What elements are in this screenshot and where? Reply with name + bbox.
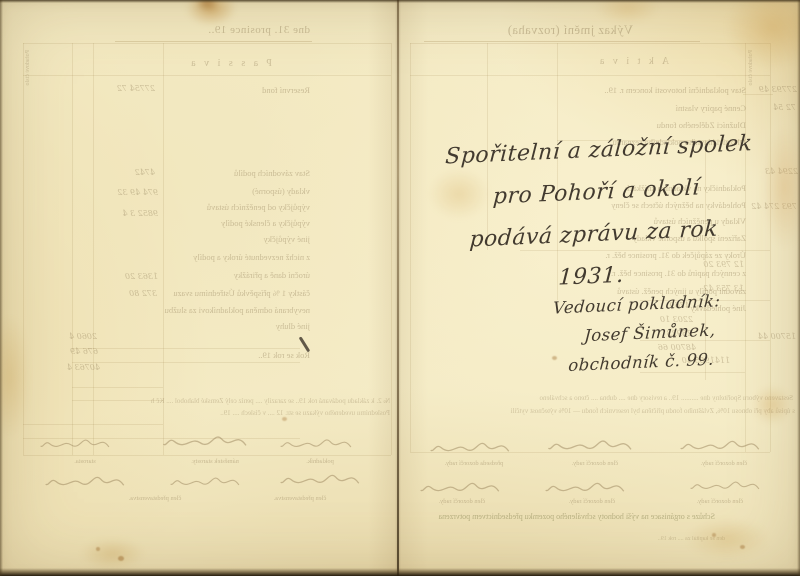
bleedthrough-row: jiné výpůjčky bbox=[60, 234, 310, 244]
bleedthrough-row: Stav závodních podílů bbox=[60, 168, 310, 178]
bleedthrough-footnote: s úpisů aby při obnosu 10%, Zvláštního f… bbox=[405, 407, 795, 415]
table-grid-line bbox=[72, 348, 300, 349]
bleedthrough-amount: 4742 bbox=[110, 168, 155, 177]
bleedthrough-amount: 15700 44 bbox=[742, 332, 796, 341]
bleedthrough-amount: 974 49 32 bbox=[90, 188, 158, 197]
paper-stain bbox=[752, 385, 792, 425]
table-grid-line bbox=[23, 43, 391, 44]
scanned-document: dne 31. prosince 19.. Výkaz jmění (rozva… bbox=[0, 0, 800, 576]
bleedthrough-footnote: № 2. k základu podávaná rok 19.. se zara… bbox=[35, 397, 390, 405]
bleedthrough-section-passiva: P a s s i v a bbox=[175, 58, 285, 69]
bleedthrough-amount: 1363 20 bbox=[100, 272, 158, 281]
bleedthrough-caption: člen dozorčí rady. bbox=[668, 498, 772, 505]
bleedthrough-row: úroční daně a přirážky bbox=[60, 270, 310, 280]
bleedthrough-page-header-left: dne 31. prosince 19.. bbox=[140, 24, 310, 36]
scan-edge-left bbox=[0, 0, 3, 576]
scan-edge-top bbox=[0, 0, 800, 3]
table-grid-line bbox=[410, 43, 411, 452]
bleedthrough-section-aktiva: A k t i v a bbox=[583, 56, 683, 67]
handwritten-title: Spořitelní a záložní spolek pro Pohoří a… bbox=[435, 123, 755, 305]
bleedthrough-amount: 27754 72 bbox=[95, 84, 155, 93]
bleedthrough-page-header-right: Výkaz jmění (rozvaha) bbox=[428, 23, 633, 38]
paper-freckle bbox=[740, 545, 745, 549]
header-rule bbox=[424, 41, 700, 42]
bleedthrough-caption: pokladník. bbox=[275, 458, 365, 465]
table-grid-line bbox=[93, 43, 94, 455]
paper-stain bbox=[80, 538, 145, 570]
table-grid-line bbox=[410, 43, 770, 44]
bleedthrough-row: Stav pokladniční hotovosti koncem r. 19.… bbox=[518, 85, 746, 95]
bleedthrough-amount: 27793 49 bbox=[745, 85, 797, 94]
bleedthrough-row: nevybraná odměna pokladníkovi za službu bbox=[60, 305, 310, 315]
bleedthrough-caption: člen dozorčí rady. bbox=[543, 460, 647, 467]
bleedthrough-caption: člen představenstva. bbox=[95, 495, 215, 502]
table-grid-line bbox=[23, 424, 163, 425]
table-grid-line bbox=[72, 387, 163, 388]
header-rule bbox=[115, 41, 312, 42]
paper-freckle bbox=[712, 533, 716, 537]
paper-freckle bbox=[118, 556, 124, 561]
bleedthrough-caption: člen dozorčí rady. bbox=[668, 460, 780, 467]
paper-stain bbox=[685, 518, 770, 560]
bleedthrough-caption: starosta. bbox=[40, 458, 130, 465]
bleedthrough-amount: 676 49 bbox=[48, 347, 98, 356]
bleedthrough-row: Cenné papíry vlastní bbox=[518, 103, 746, 113]
bleedthrough-note-line: Schůze s orgánisace na výši hodnoty schv… bbox=[425, 512, 715, 521]
bleedthrough-row: jiné dluhy bbox=[60, 321, 310, 331]
fold-line bbox=[397, 0, 399, 576]
bleedthrough-row: výpůjčky a členské podíly bbox=[60, 218, 310, 228]
bleedthrough-amount: 72 54 bbox=[758, 103, 796, 112]
bleedthrough-row: částky 1 % příspěvků Ústřednímu svazu bbox=[60, 288, 310, 298]
table-grid-line bbox=[72, 362, 300, 363]
bleedthrough-amount: 9852 3 4 bbox=[92, 209, 158, 218]
bleedthrough-amount: 40763 4 bbox=[38, 363, 100, 372]
bleedthrough-row: z nichž nezvednuté úroky a podíly bbox=[60, 252, 310, 262]
bleedthrough-caption: náměstek starosty. bbox=[160, 458, 270, 465]
handwritten-signature-block: Vedoucí pokladník: Josef Šimůnek, obchod… bbox=[527, 285, 742, 381]
table-grid-line bbox=[391, 43, 392, 455]
bleedthrough-footnote: Sestaveno výboru Spořitelny dne ........… bbox=[408, 394, 793, 402]
bleedthrough-caption: člen představenstva. bbox=[240, 495, 360, 502]
paper-freckle bbox=[96, 547, 100, 551]
scan-edge-bottom bbox=[0, 568, 800, 576]
table-grid-line bbox=[23, 75, 391, 76]
table-grid-line bbox=[163, 43, 164, 455]
paper-stain bbox=[762, 125, 800, 250]
bleedthrough-footnote: Poslednímu uvedeného výkazu se str. 12 .… bbox=[150, 409, 390, 417]
bleedthrough-caption: člen dozorčí rady. bbox=[410, 498, 514, 505]
bleedthrough-caption: předseda dozorčí rady. bbox=[418, 460, 530, 467]
paper-freckle bbox=[282, 417, 287, 421]
bleedthrough-side-label-left: Pořadové číslo bbox=[25, 50, 31, 102]
table-grid-line bbox=[72, 43, 73, 455]
bleedthrough-amount: 372 80 bbox=[105, 289, 157, 298]
bleedthrough-caption: člen dozorčí rady. bbox=[540, 498, 644, 505]
table-grid-line bbox=[410, 75, 770, 76]
bleedthrough-amount: 2060 4 bbox=[42, 332, 97, 341]
